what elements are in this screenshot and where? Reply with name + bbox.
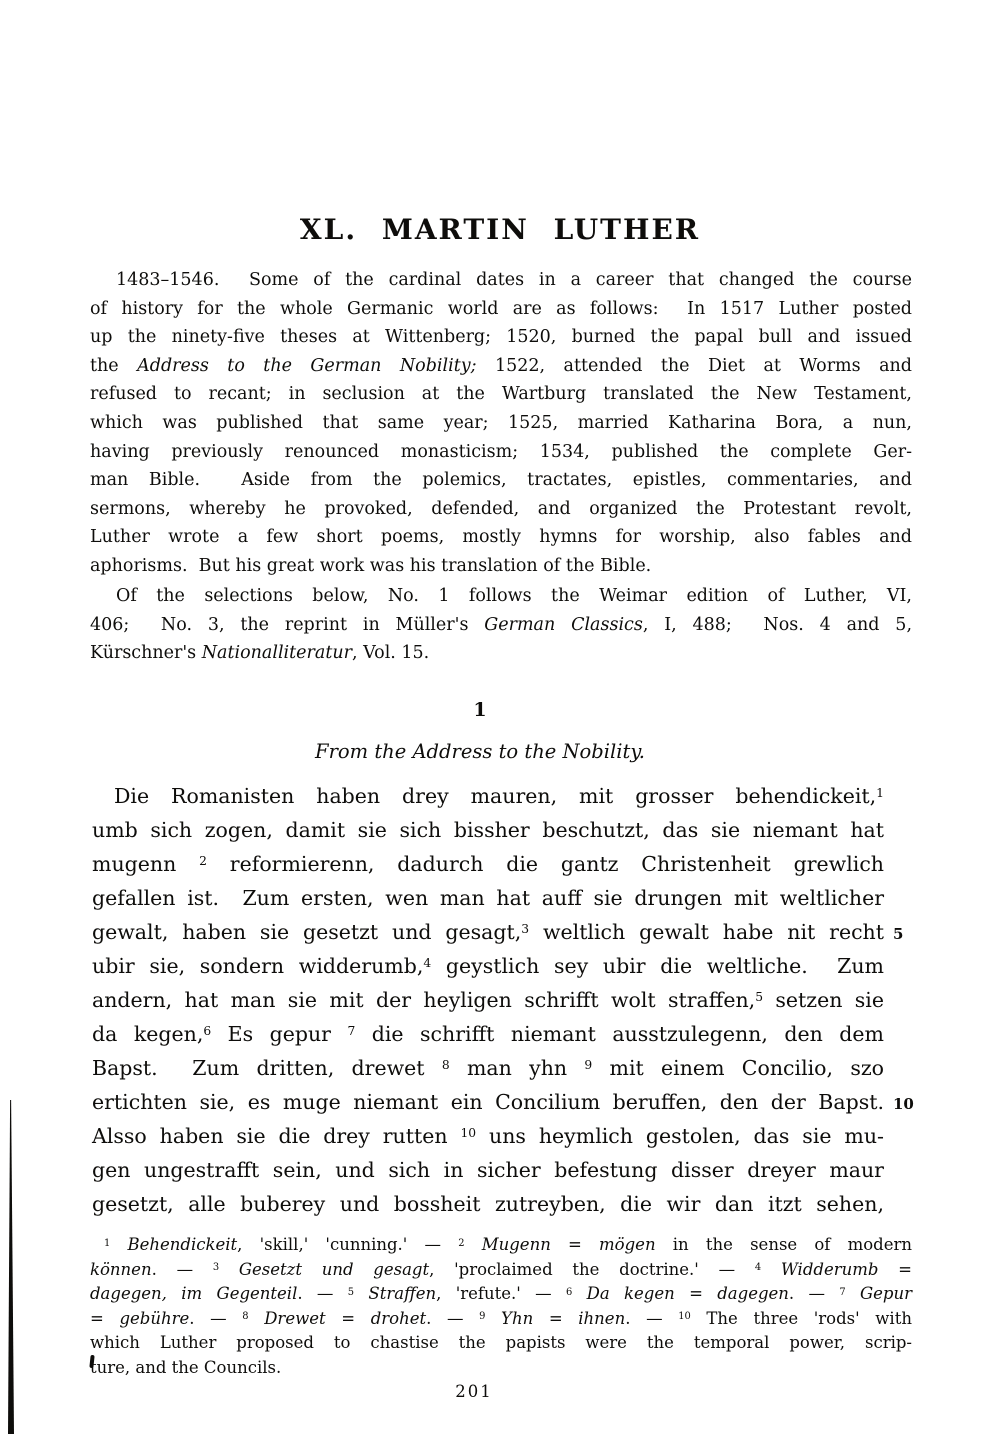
text-line: Kürschner's Nationalliteratur, Vol. 15. — [90, 639, 912, 668]
text-line: da kegen,6 Es gepur 7 die schrifft niema… — [92, 1017, 884, 1051]
intro-paragraph-2: Of the selections below, No. 1 follows t… — [90, 582, 912, 668]
text-line: ture, and the Councils. — [90, 1356, 912, 1381]
text-line: = gebühre. — 8 Drewet = drohet. — 9 Yhn … — [90, 1307, 912, 1332]
text-line: gen ungestrafft sein, und sich in sicher… — [92, 1153, 884, 1187]
text-line: 1 Behendickeit, 'skill,' 'cunning.' — 2 … — [90, 1233, 912, 1258]
intro-paragraph-1: 1483–1546. Some of the cardinal dates in… — [90, 266, 912, 581]
text-line: aphorisms. But his great work was his tr… — [90, 552, 912, 581]
margin-line-number-5: 5 — [893, 925, 927, 943]
text-line: ertichten sie, es muge niemant ein Conci… — [92, 1085, 884, 1119]
text-line: gewalt, haben sie gesetzt und gesagt,3 w… — [92, 915, 884, 949]
text-line: können. — 3 Gesetzt und gesagt, 'proclai… — [90, 1258, 912, 1283]
text-line: gesetzt, alle buberey und bossheit zutre… — [92, 1187, 884, 1221]
text-line: up the ninety-five theses at Wittenberg;… — [90, 323, 912, 352]
text-line: which Luther proposed to chastise the pa… — [90, 1331, 912, 1356]
margin-line-number-10: 10 — [893, 1095, 927, 1113]
text-line: 1483–1546. Some of the cardinal dates in… — [90, 266, 912, 295]
text-line: umb sich zogen, damit sie sich bissher b… — [92, 813, 884, 847]
text-line: refused to recant; in seclusion at the W… — [90, 380, 912, 409]
text-line: ubir sie, sondern widderumb,4 geystlich … — [92, 949, 884, 983]
text-line: 406; No. 3, the reprint in Müller's Germ… — [90, 611, 912, 640]
german-text-body: Die Romanisten haben drey mauren, mit gr… — [92, 779, 884, 1221]
text-line: of history for the whole Germanic world … — [90, 295, 912, 324]
footnotes-block: 1 Behendickeit, 'skill,' 'cunning.' — 2 … — [90, 1233, 912, 1381]
book-page: XL. MARTIN LUTHER 1483–1546. Some of the… — [0, 0, 1000, 1453]
chapter-title: XL. MARTIN LUTHER — [0, 213, 1000, 246]
text-line: the Address to the German Nobility; 1522… — [90, 352, 912, 381]
section-heading: From the Address to the Nobility. — [70, 740, 890, 763]
text-line: man Bible. Aside from the polemics, trac… — [90, 466, 912, 495]
text-line: Luther wrote a few short poems, mostly h… — [90, 523, 912, 552]
text-line: dagegen, im Gegenteil. — 5 Straffen, 're… — [90, 1282, 912, 1307]
text-line: Alsso haben sie die drey rutten 10 uns h… — [92, 1119, 884, 1153]
text-line: andern, hat man sie mit der heyligen sch… — [92, 983, 884, 1017]
text-line: Of the selections below, No. 1 follows t… — [90, 582, 912, 611]
section-number: 1 — [70, 699, 890, 721]
text-line: which was published that same year; 1525… — [90, 409, 912, 438]
text-line: Die Romanisten haben drey mauren, mit gr… — [92, 779, 884, 813]
text-line: having previously renounced monasticism;… — [90, 438, 912, 467]
text-line: mugenn 2 reformierenn, dadurch die gantz… — [92, 847, 884, 881]
text-line: sermons, whereby he provoked, defended, … — [90, 495, 912, 524]
text-line: Bapst. Zum dritten, drewet 8 man yhn 9 m… — [92, 1051, 884, 1085]
page-number: 201 — [0, 1382, 948, 1401]
text-line: gefallen ist. Zum ersten, wen man hat au… — [92, 881, 884, 915]
